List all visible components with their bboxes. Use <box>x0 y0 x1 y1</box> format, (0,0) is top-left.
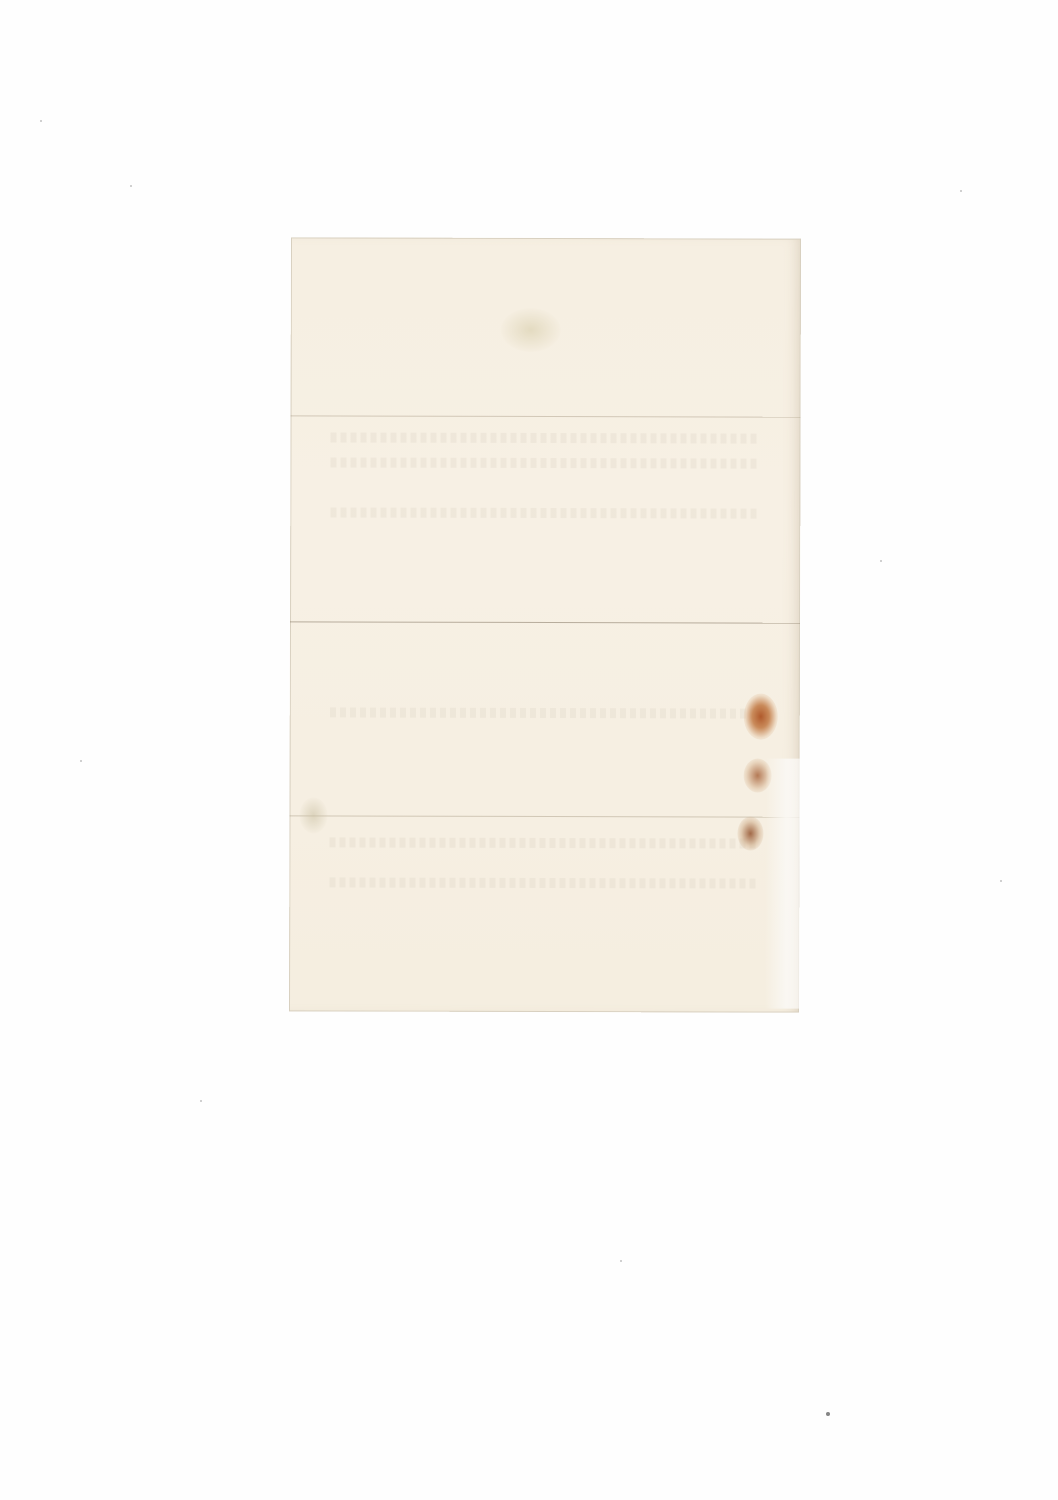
dust-speck <box>80 760 82 762</box>
scan-page: Blank, aged, cream-colored sheet with fa… <box>0 0 1058 1500</box>
dust-speck <box>620 1260 622 1262</box>
bleed-through-text <box>329 837 759 848</box>
dust-speck <box>200 1100 202 1102</box>
bleed-through-text <box>330 507 760 518</box>
bleed-through-text <box>329 877 759 888</box>
worn-edge <box>765 759 800 1009</box>
dust-speck <box>1000 880 1002 882</box>
dust-speck <box>40 120 42 122</box>
bleed-through-text <box>330 432 760 443</box>
bleed-through-text <box>330 707 760 718</box>
fold-line <box>290 621 800 623</box>
rust-stain <box>737 817 763 851</box>
rust-stain <box>744 694 778 740</box>
dust-speck <box>826 1412 830 1416</box>
dust-speck <box>130 185 132 187</box>
paper-sheet: Blank, aged, cream-colored sheet with fa… <box>289 237 801 1012</box>
fold-line <box>291 415 801 417</box>
dust-speck <box>960 190 962 192</box>
bleed-through-text <box>330 457 760 468</box>
dust-speck <box>880 560 882 562</box>
fold-line <box>289 815 799 817</box>
faint-stain <box>501 308 561 352</box>
faint-stain <box>299 797 327 833</box>
